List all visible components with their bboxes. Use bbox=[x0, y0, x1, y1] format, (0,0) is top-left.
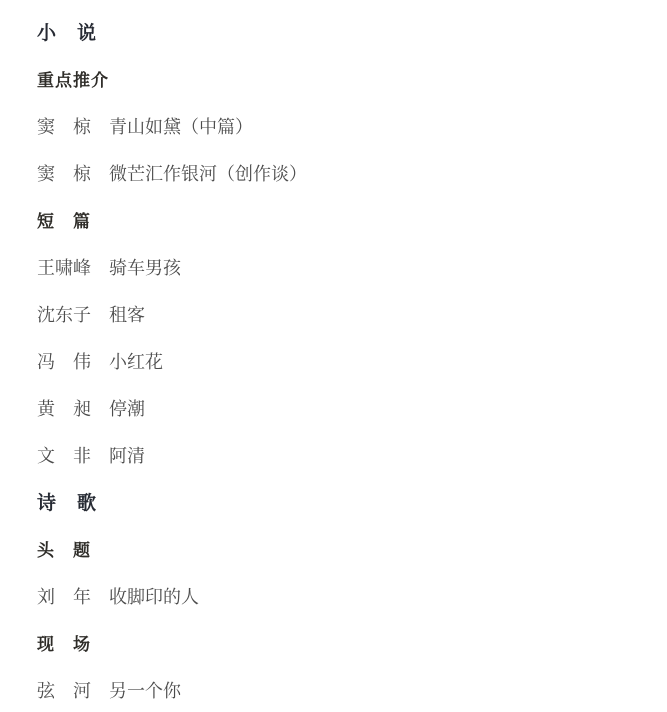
entry-title: 微芒汇作银河（创作谈） bbox=[109, 160, 307, 186]
toc-entry: 窦 椋微芒汇作银河（创作谈） bbox=[37, 149, 647, 196]
section-heading: 诗 歌 bbox=[37, 478, 647, 525]
toc-entry: 沈东子租客 bbox=[37, 290, 647, 337]
toc-entry: 弦 河另一个你 bbox=[37, 666, 647, 712]
entry-author: 刘 年 bbox=[37, 583, 91, 609]
entry-author: 窦 椋 bbox=[37, 113, 91, 139]
entry-title: 停潮 bbox=[109, 395, 145, 421]
section-heading-label: 小 说 bbox=[37, 18, 97, 45]
toc-entry: 刘 年收脚印的人 bbox=[37, 572, 647, 619]
category-heading-label: 短 篇 bbox=[37, 207, 91, 232]
entry-author: 冯 伟 bbox=[37, 348, 91, 374]
entry-title: 青山如黛（中篇） bbox=[109, 113, 253, 139]
toc-entry: 文 非阿清 bbox=[37, 431, 647, 478]
category-heading-label: 现 场 bbox=[37, 630, 91, 655]
category-heading: 重点推介 bbox=[37, 55, 647, 102]
entry-author: 窦 椋 bbox=[37, 160, 91, 186]
entry-title: 收脚印的人 bbox=[109, 583, 199, 609]
category-heading: 短 篇 bbox=[37, 196, 647, 243]
entry-title: 租客 bbox=[109, 301, 145, 327]
entry-author: 黄 昶 bbox=[37, 395, 91, 421]
toc-list: 小 说重点推介窦 椋青山如黛（中篇）窦 椋微芒汇作银河（创作谈）短 篇王啸峰骑车… bbox=[37, 8, 647, 712]
entry-author: 弦 河 bbox=[37, 677, 91, 703]
category-heading-label: 重点推介 bbox=[37, 66, 109, 91]
category-heading-label: 头 题 bbox=[37, 536, 91, 561]
category-heading: 现 场 bbox=[37, 619, 647, 666]
section-heading: 小 说 bbox=[37, 8, 647, 55]
entry-title: 骑车男孩 bbox=[109, 254, 181, 280]
toc-entry: 冯 伟小红花 bbox=[37, 337, 647, 384]
toc-page: 小 说重点推介窦 椋青山如黛（中篇）窦 椋微芒汇作银河（创作谈）短 篇王啸峰骑车… bbox=[0, 0, 667, 712]
entry-author: 沈东子 bbox=[37, 301, 91, 327]
category-heading: 头 题 bbox=[37, 525, 647, 572]
toc-entry: 王啸峰骑车男孩 bbox=[37, 243, 647, 290]
entry-title: 小红花 bbox=[109, 348, 163, 374]
entry-title: 另一个你 bbox=[109, 677, 181, 703]
section-heading-label: 诗 歌 bbox=[37, 488, 97, 515]
toc-entry: 窦 椋青山如黛（中篇） bbox=[37, 102, 647, 149]
toc-entry: 黄 昶停潮 bbox=[37, 384, 647, 431]
entry-author: 王啸峰 bbox=[37, 254, 91, 280]
entry-title: 阿清 bbox=[109, 442, 145, 468]
entry-author: 文 非 bbox=[37, 442, 91, 468]
